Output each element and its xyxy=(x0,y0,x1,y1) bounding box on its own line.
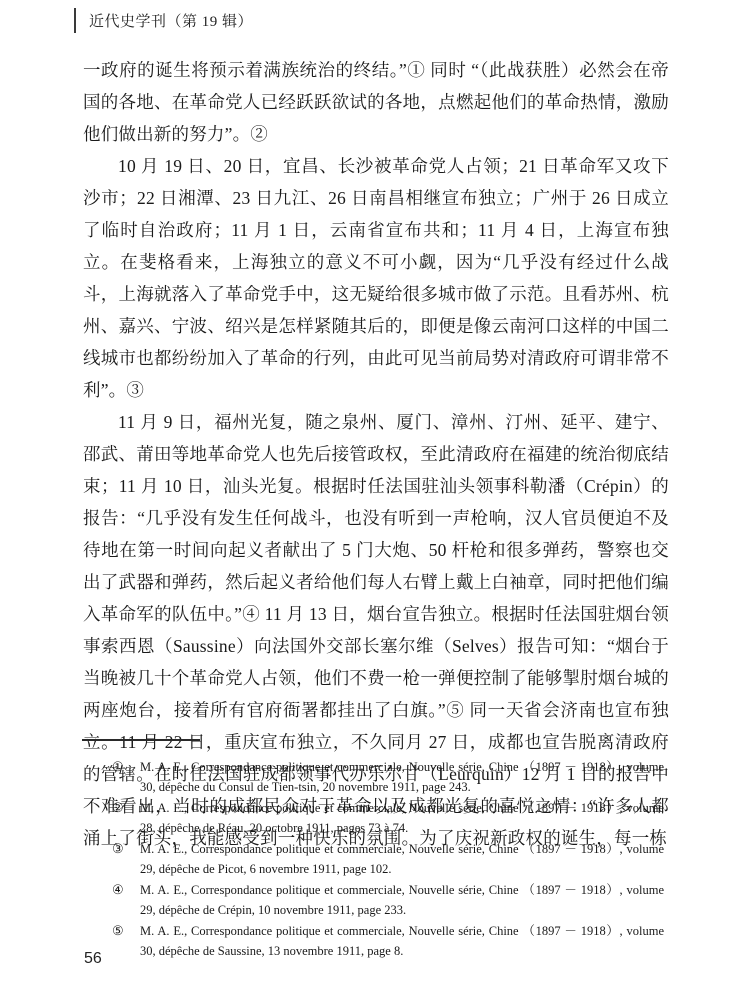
footnote-text: M. A. E., Correspondance politique et co… xyxy=(140,757,664,797)
footnote-marker: ⑤ xyxy=(112,921,140,941)
paragraph: 一政府的诞生将预示着满族统治的终结。”① 同时 “（此战获胜）必然会在帝国的各地… xyxy=(83,54,669,150)
page-number: 56 xyxy=(84,950,102,968)
footnote-text: M. A. E., Correspondance politique et co… xyxy=(140,921,664,961)
footnotes: ① M. A. E., Correspondance politique et … xyxy=(112,757,664,962)
footnote: ② M. A. E., Correspondance politique et … xyxy=(112,798,664,838)
footnote-marker: ① xyxy=(112,757,140,777)
footnote-marker: ③ xyxy=(112,839,140,859)
footnote-marker: ② xyxy=(112,798,140,818)
footnote-marker: ④ xyxy=(112,880,140,900)
footnote-divider xyxy=(82,739,200,741)
body-text: 一政府的诞生将预示着满族统治的终结。”① 同时 “（此战获胜）必然会在帝国的各地… xyxy=(83,54,669,854)
footnote: ⑤ M. A. E., Correspondance politique et … xyxy=(112,921,664,961)
header-rule xyxy=(74,8,76,33)
footnote: ④ M. A. E., Correspondance politique et … xyxy=(112,880,664,920)
footnote-text: M. A. E., Correspondance politique et co… xyxy=(140,880,664,920)
journal-title: 近代史学刊（第 19 辑） xyxy=(89,10,253,31)
footnote: ③ M. A. E., Correspondance politique et … xyxy=(112,839,664,879)
footnote-text: M. A. E., Correspondance politique et co… xyxy=(140,798,664,838)
footnote: ① M. A. E., Correspondance politique et … xyxy=(112,757,664,797)
running-header: 近代史学刊（第 19 辑） xyxy=(74,8,253,33)
paragraph: 10 月 19 日、20 日，宜昌、长沙被革命党人占领；21 日革命军又攻下沙市… xyxy=(83,150,669,406)
document-page: 近代史学刊（第 19 辑） 一政府的诞生将预示着满族统治的终结。”① 同时 “（… xyxy=(0,0,750,1000)
footnote-text: M. A. E., Correspondance politique et co… xyxy=(140,839,664,879)
